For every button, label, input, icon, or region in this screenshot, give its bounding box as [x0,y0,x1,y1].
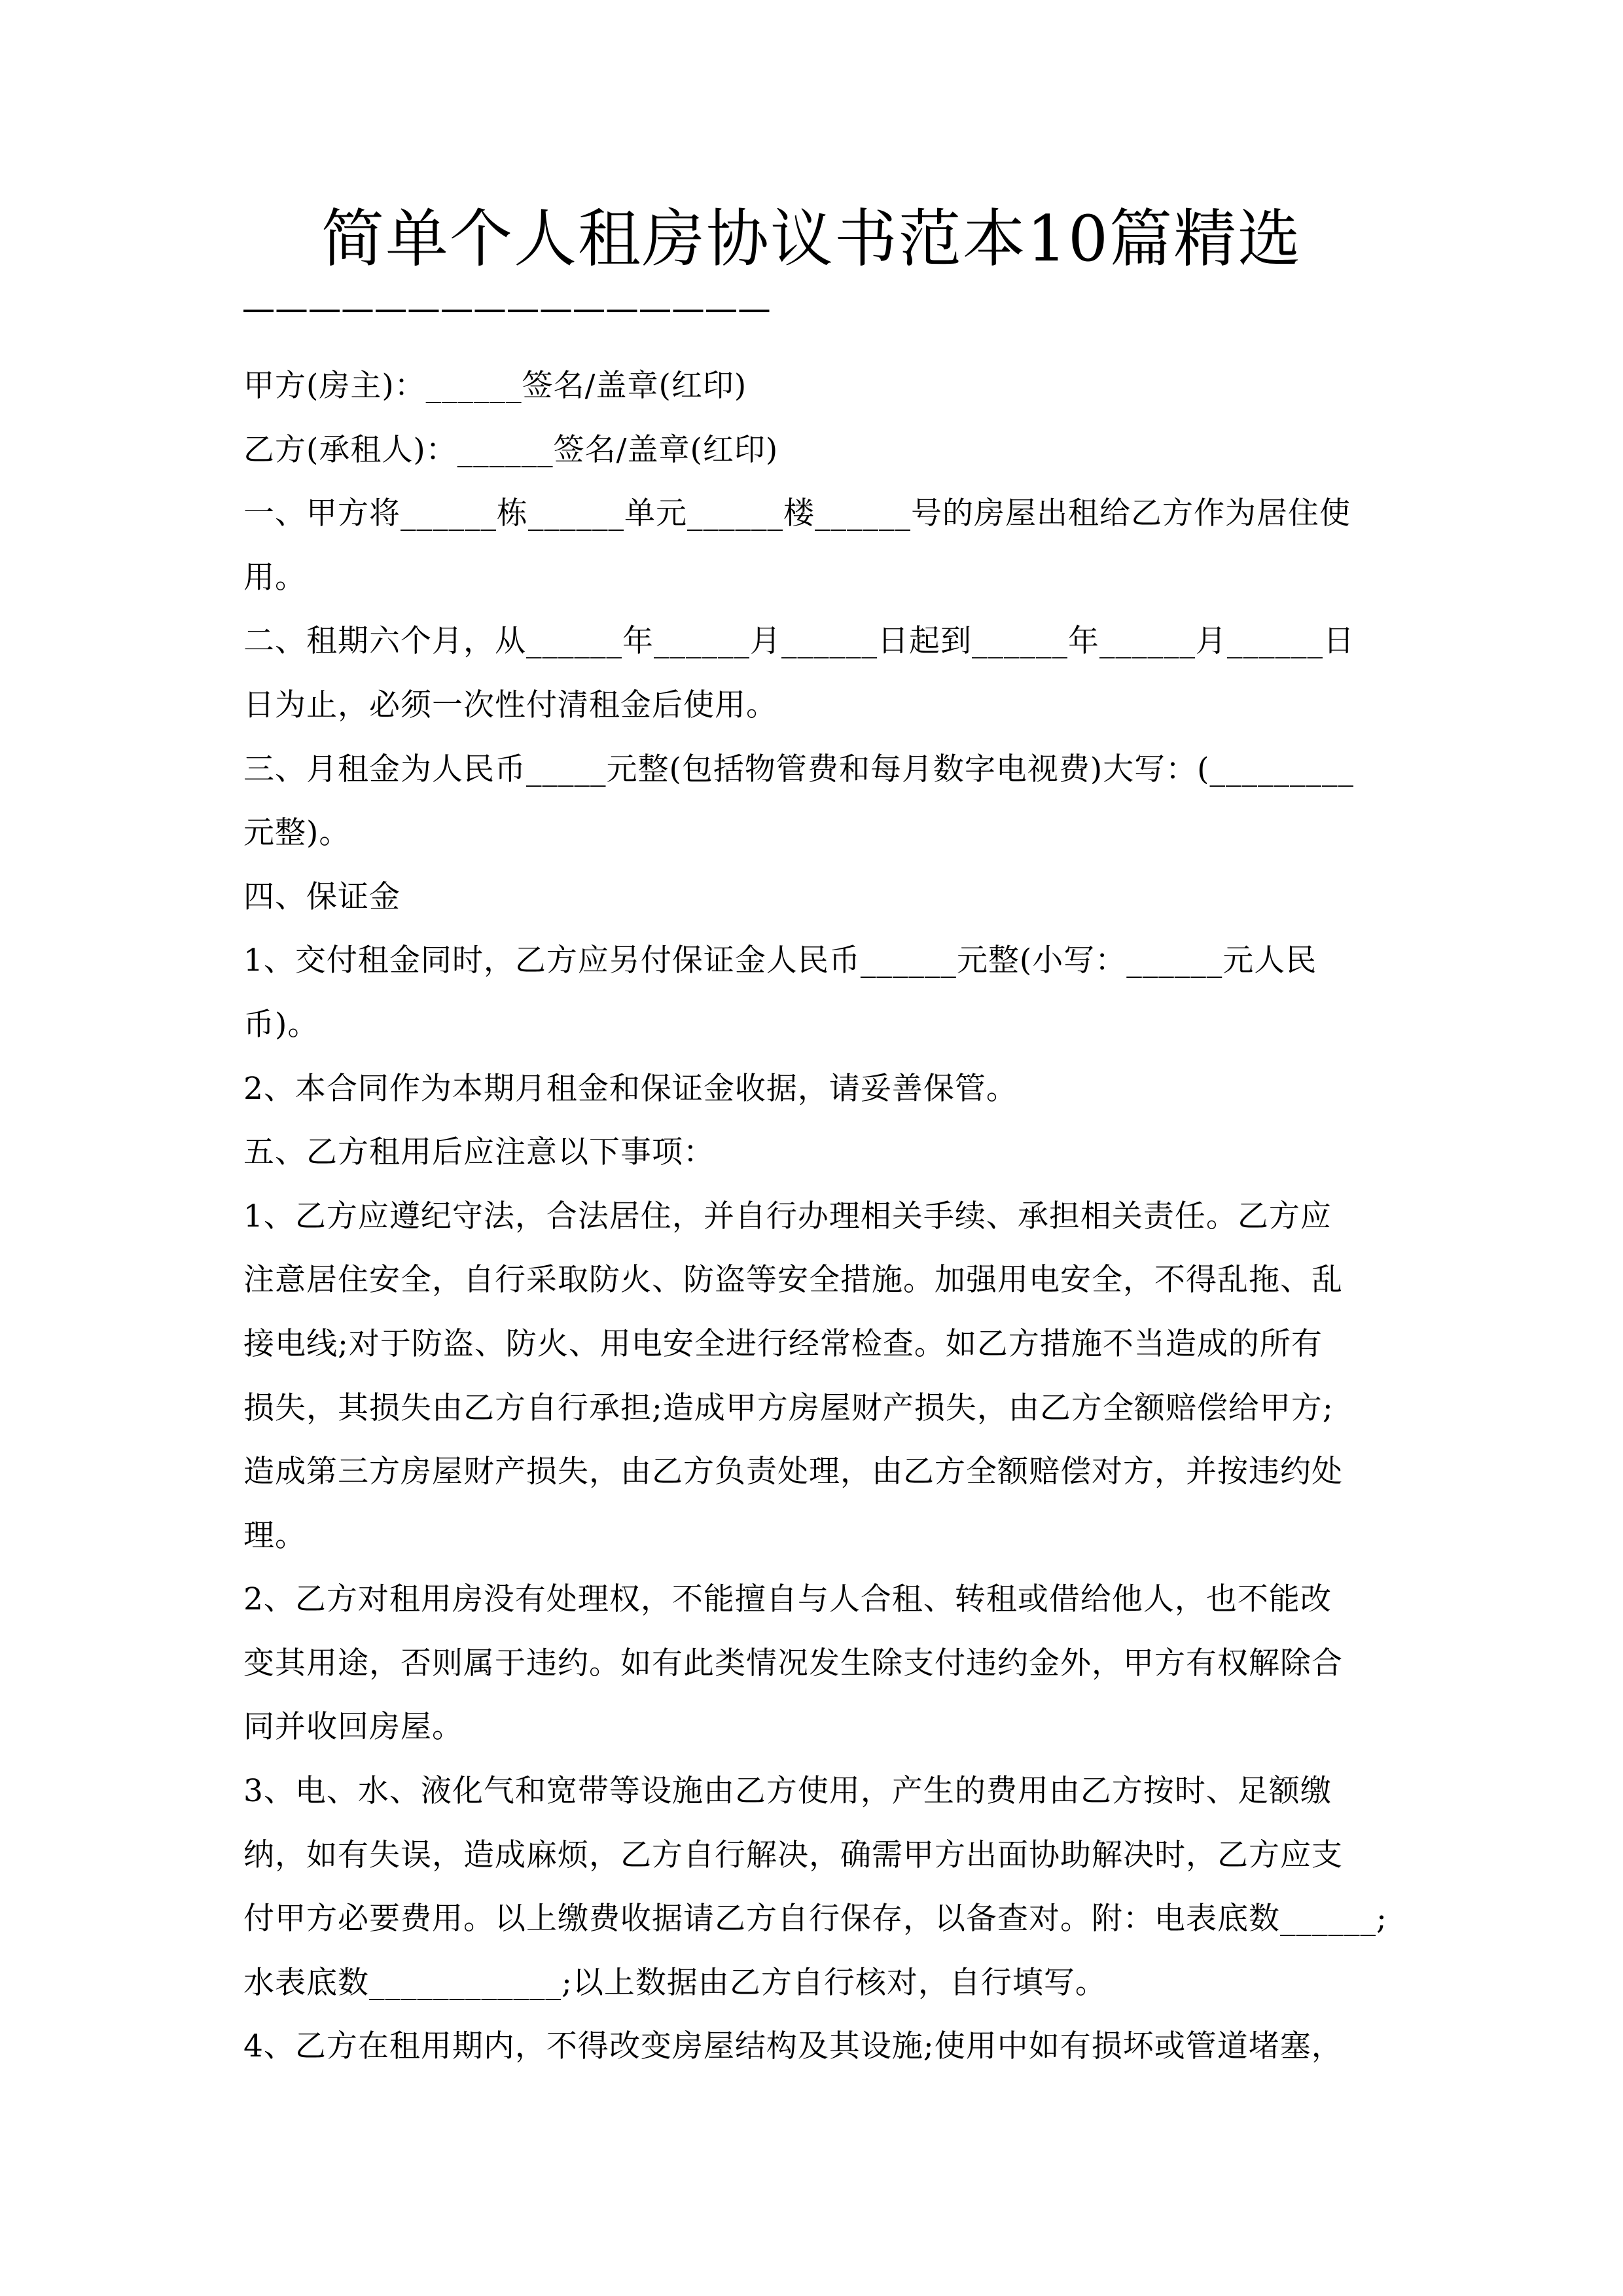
clause-5-item-2-line-2: 变其用途，否则属于违约。如有此类情况发生除支付违约金外，甲方有权解除合 [243,1632,1385,1696]
party-b-line: 乙方(承租人)：______签名/盖章(红印) [243,418,1385,482]
clause-5-item-2-line-3: 同并收回房屋。 [243,1695,1385,1759]
clause-5-heading: 五、乙方租用后应注意以下事项： [243,1121,1385,1185]
clause-5-item-1-line-1: 1、乙方应遵纪守法，合法居住，并自行办理相关手续、承担相关责任。乙方应 [243,1185,1385,1249]
clause-3-line-1: 三、月租金为人民币_____元整(包括物管费和每月数字电视费)大写：(_____… [243,738,1385,802]
clause-4-item-1-line-1: 1、交付租金同时，乙方应另付保证金人民币______元整(小写：______元人… [243,929,1385,993]
clause-4-item-2: 2、本合同作为本期月租金和保证金收据，请妥善保管。 [243,1057,1385,1121]
clause-5-item-1-line-3: 接电线;对于防盗、防火、用电安全进行经常检查。如乙方措施不当造成的所有 [243,1312,1385,1376]
clause-4-heading: 四、保证金 [243,865,1385,929]
clause-1-line-2: 用。 [243,546,1385,610]
clause-4-item-1-line-2: 币)。 [243,993,1385,1057]
clause-5-item-3-line-3: 付甲方必要费用。以上缴费收据请乙方自行保存，以备查对。附：电表底数______; [243,1887,1385,1951]
document-title: 简单个人租房协议书范本10篇精选 [0,196,1623,281]
clause-5-item-4-line-1: 4、乙方在租用期内，不得改变房屋结构及其设施;使用中如有损坏或管道堵塞， [243,2015,1385,2079]
clause-5-item-3-line-4: 水表底数____________;以上数据由乙方自行核对，自行填写。 [243,1951,1385,2015]
clause-5-item-1-line-4: 损失，其损失由乙方自行承担;造成甲方房屋财产损失，由乙方全额赔偿给甲方; [243,1376,1385,1441]
clause-2-line-1: 二、租期六个月，从______年______月______日起到______年_… [243,609,1385,673]
clause-3-line-2: 元整)。 [243,801,1385,865]
document-body: 甲方(房主)：______签名/盖章(红印) 乙方(承租人)：______签名/… [243,354,1385,2079]
clause-5-item-2-line-1: 2、乙方对租用房没有处理权，不能擅自与人合租、转租或借给他人，也不能改 [243,1568,1385,1632]
clause-5-item-3-line-2: 纳，如有失误，造成麻烦，乙方自行解决，确需甲方出面协助解决时，乙方应支 [243,1823,1385,1888]
document-page: 简单个人租房协议书范本10篇精选 甲方(房主)：______签名/盖章(红印) … [0,0,1623,2296]
party-a-line: 甲方(房主)：______签名/盖章(红印) [243,354,1385,418]
clause-5-item-1-line-5: 造成第三方房屋财产损失，由乙方负责处理，由乙方全额赔偿对方，并按违约处 [243,1440,1385,1504]
clause-5-item-3-line-1: 3、电、水、液化气和宽带等设施由乙方使用，产生的费用由乙方按时、足额缴 [243,1759,1385,1823]
clause-5-item-1-line-6: 理。 [243,1504,1385,1568]
clause-2-line-2: 日为止，必须一次性付清租金后使用。 [243,673,1385,738]
title-divider-rule [243,310,772,312]
clause-5-item-1-line-2: 注意居住安全，自行采取防火、防盗等安全措施。加强用电安全，不得乱拖、乱 [243,1248,1385,1312]
clause-1-line-1: 一、甲方将______栋______单元______楼______号的房屋出租给… [243,482,1385,546]
